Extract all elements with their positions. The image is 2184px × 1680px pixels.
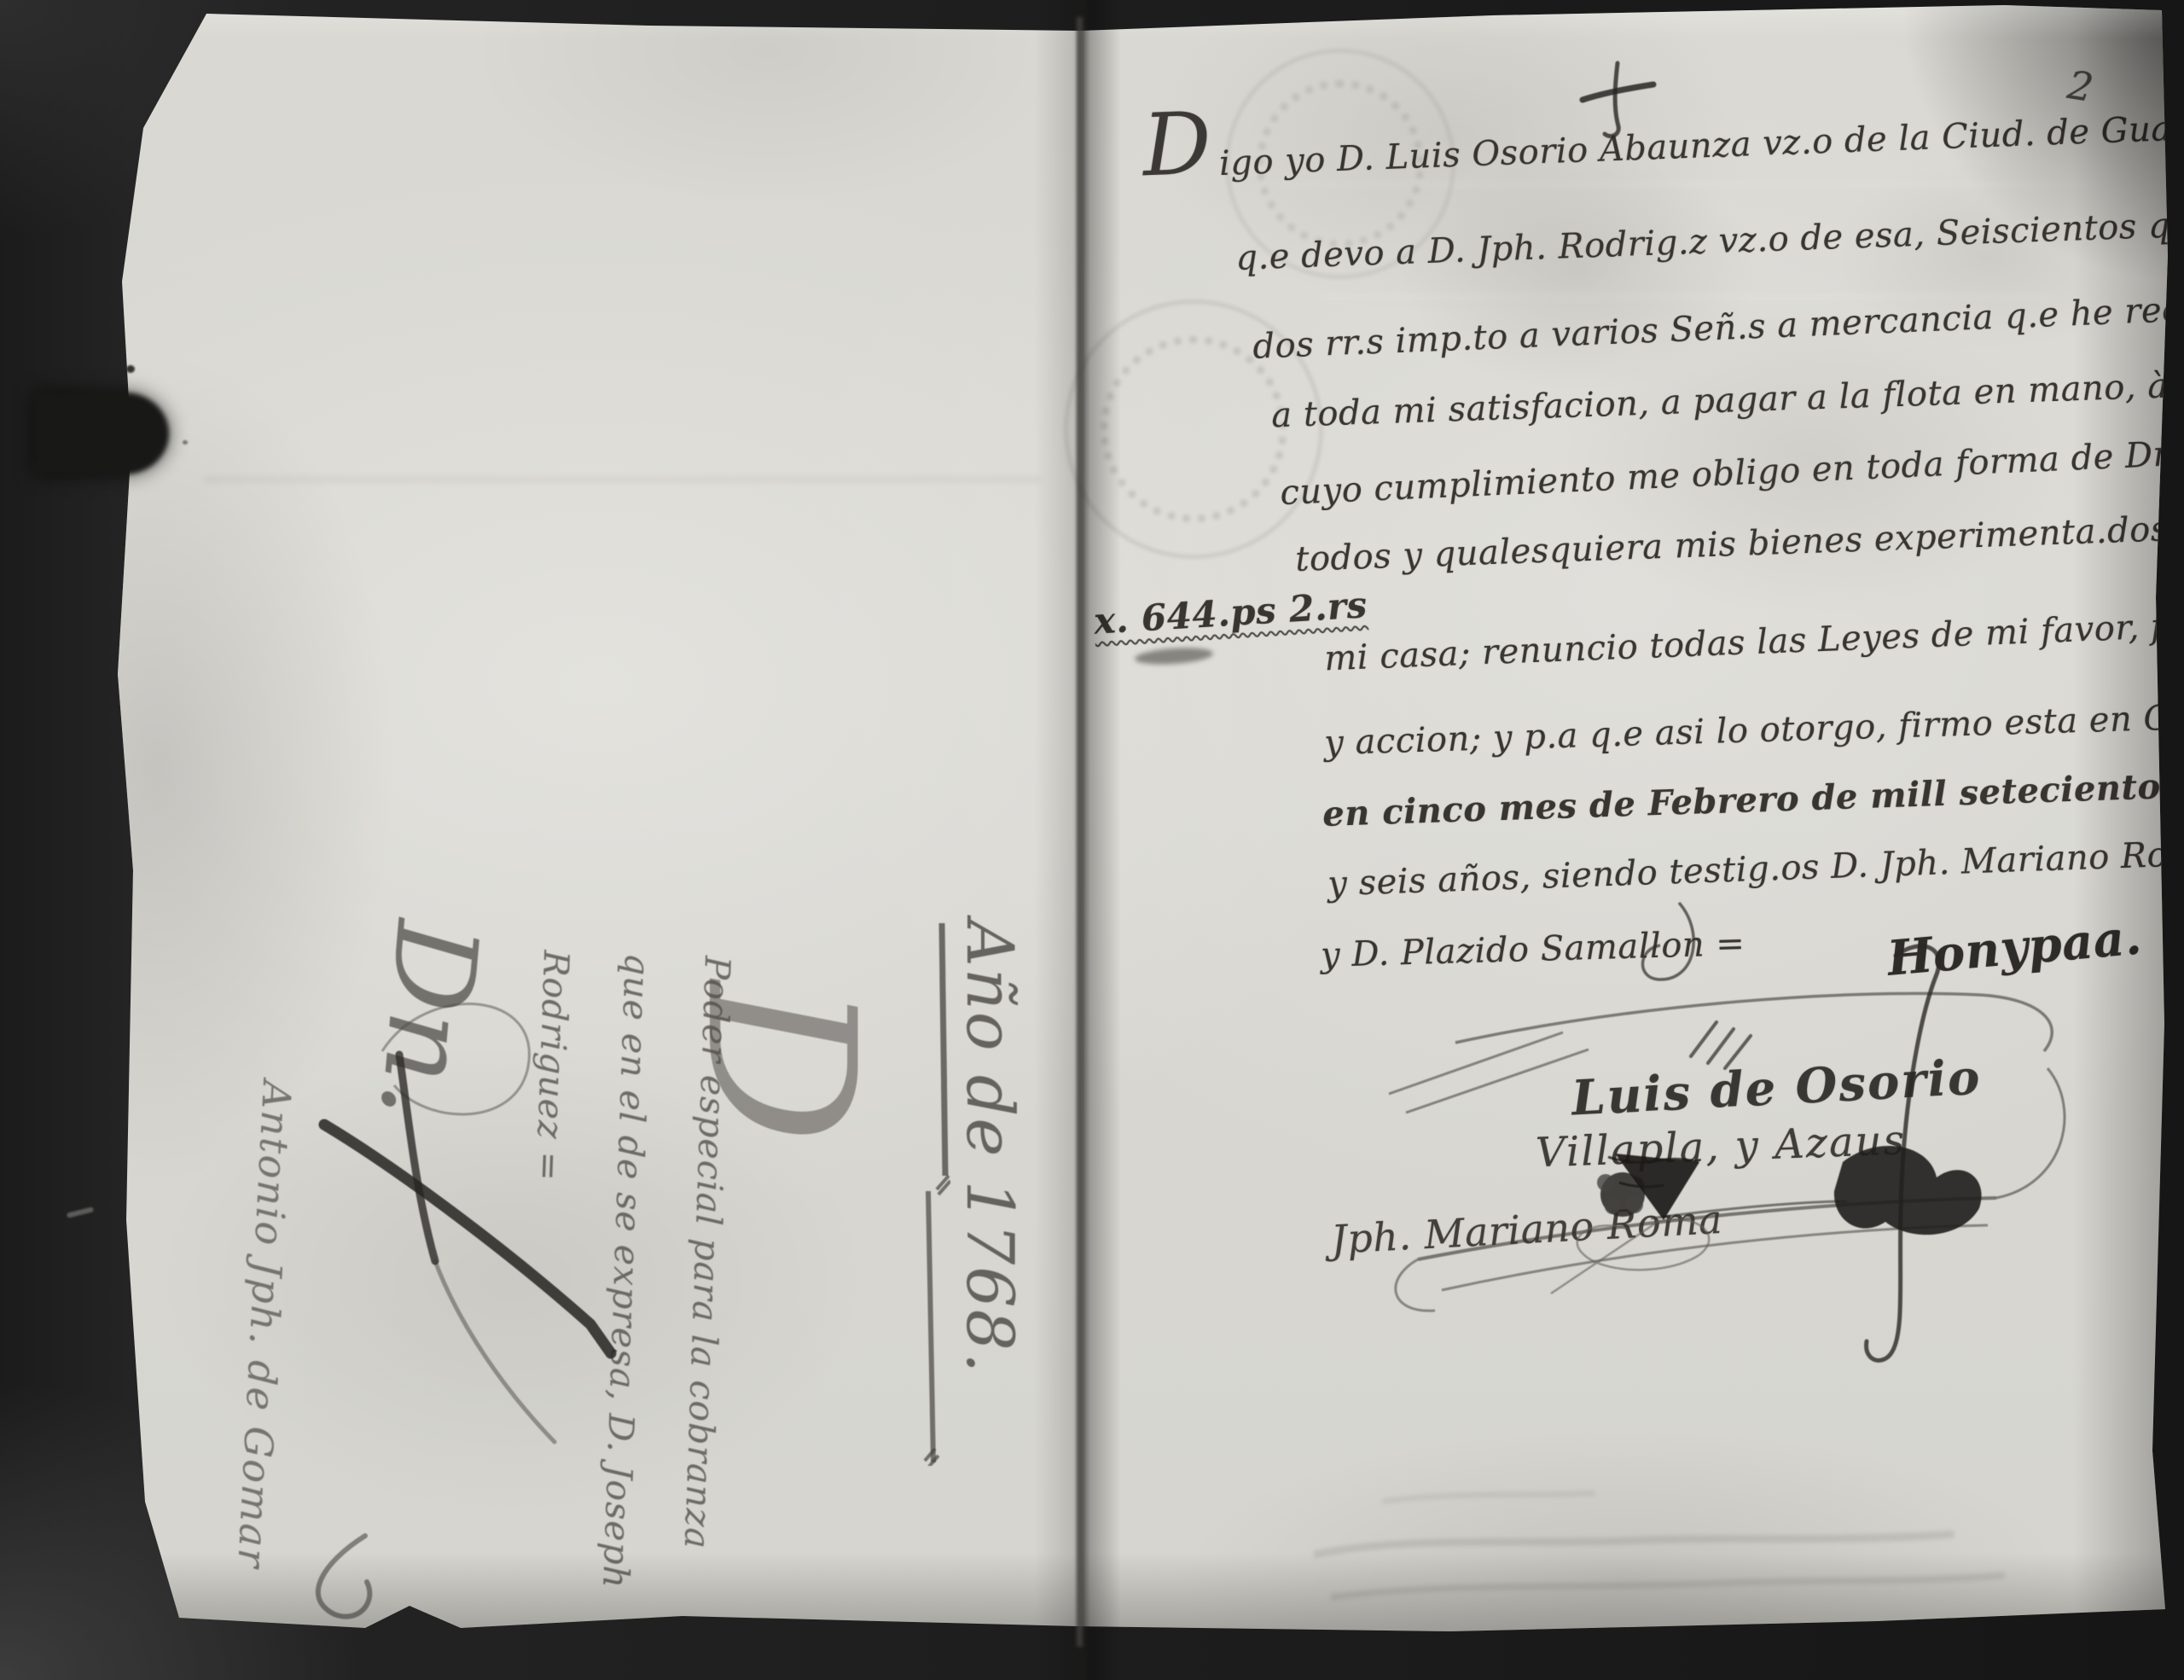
manuscript-line: en cinco mes de Febrero de mill setecien… (1322, 762, 2184, 834)
scanner-clip (34, 392, 169, 474)
margin-amount-note: x. 644.ps 2.rs (1093, 584, 1368, 642)
manuscript-line: y accion; y p.a q.e asi lo otorgo, firmo… (1324, 696, 2184, 764)
closing-flourish-word: Honypaa. (1885, 909, 2144, 987)
folio-number: 2 (2065, 61, 2097, 111)
edge-scratch-mark (67, 1206, 95, 1218)
year-annotation: Año de 1768. (911, 920, 1028, 1470)
manuscript-line: a toda mi satisfacion, a pagar a la flot… (1271, 367, 2169, 436)
docket-summary-block: Poder especial para la cobranza que en e… (492, 949, 758, 1639)
manuscript-scan: Año de 1768. D Poder especial para la co… (0, 0, 2184, 1680)
scan-streak (1280, 183, 2090, 186)
year-underline-flourish (911, 920, 950, 1466)
manuscript-line: mi casa; renuncio todas las Leyes de mi … (1324, 603, 2184, 679)
ink-smudge (1134, 646, 1213, 666)
manuscript-line: y D. Plazido Samallon = (1320, 924, 1745, 975)
dust-speck (126, 365, 135, 373)
signature-principal-line1: Luis de Osorio (1571, 1049, 1983, 1126)
manuscript-line: cuyo cumplimiento me obligo en toda form… (1280, 431, 2184, 513)
scan-streak (205, 478, 1041, 481)
signature-witness: Jph. Mariano Roma (1330, 1196, 1723, 1263)
notary-monogram: Dn. (363, 916, 493, 1124)
year-annotation-text: Año de 1768. (952, 920, 1028, 1375)
document-page-spread: Año de 1768. D Poder especial para la co… (0, 0, 2184, 1680)
manuscript-line: dos rr.s imp.to a varios Señ.s a mercanc… (1252, 287, 2184, 367)
scan-streak (1322, 295, 2047, 299)
manuscript-line: y seis años, siendo testig.os D. Jph. Ma… (1327, 833, 2184, 904)
page-fold-line (1077, 17, 1083, 1647)
clerk-name-rotated: Antonio Jph. de Gomar (223, 1079, 300, 1678)
dust-speck (183, 440, 188, 445)
manuscript-line: todos y qualesquiera mis bienes experime… (1295, 504, 2184, 579)
